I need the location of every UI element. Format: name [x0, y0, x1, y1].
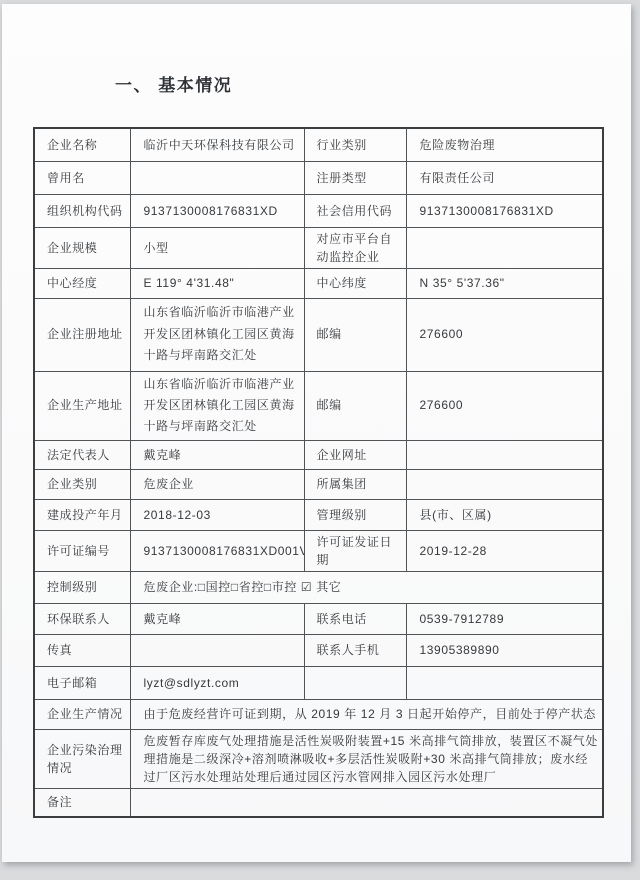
label-cell: 对应市平台自动监控企业 — [304, 227, 406, 268]
label-cell: 企业名称 — [34, 128, 130, 161]
value-cell: 戴克峰 — [130, 603, 304, 634]
value-cell: 13905389890 — [406, 634, 603, 666]
label-cell: 备注 — [34, 788, 130, 817]
table-row: 传真联系人手机13905389890 — [34, 634, 603, 666]
value-cell: lyzt@sdlyzt.com — [130, 666, 304, 699]
value-cell: 2019-12-28 — [406, 530, 603, 571]
table-row: 企业类别危废企业所属集团 — [34, 469, 603, 499]
label-cell: 曾用名 — [34, 161, 130, 194]
label-cell: 企业污染治理情况 — [34, 729, 130, 788]
value-cell: 危废企业:□国控□省控□市控 ☑ 其它 — [130, 571, 603, 603]
table-row: 企业生产情况由于危废经营许可证到期，从 2019 年 12 月 3 日起开始停产… — [34, 699, 603, 729]
label-cell: 企业类别 — [34, 469, 130, 499]
label-cell: 所属集团 — [304, 469, 406, 499]
value-cell: 0539-7912789 — [406, 603, 603, 634]
label-cell: 行业类别 — [304, 128, 406, 161]
label-cell: 企业注册地址 — [34, 298, 130, 371]
value-cell: 9137130008176831XD001V — [130, 530, 304, 571]
label-cell: 法定代表人 — [34, 440, 130, 469]
table-row: 备注 — [34, 788, 603, 817]
value-cell: 危废企业 — [130, 469, 304, 499]
value-cell: N 35° 5'37.36" — [406, 268, 603, 298]
value-cell: 9137130008176831XD — [130, 194, 304, 227]
value-cell: 山东省临沂临沂市临港产业开发区团林镇化工园区黄海十路与坪南路交汇处 — [130, 371, 304, 440]
value-cell: 276600 — [406, 371, 603, 440]
label-cell: 许可证发证日期 — [304, 530, 406, 571]
label-cell: 中心经度 — [34, 268, 130, 298]
label-cell: 控制级别 — [34, 571, 130, 603]
label-cell: 企业规模 — [34, 227, 130, 268]
label-cell: 企业生产情况 — [34, 699, 130, 729]
label-cell: 邮编 — [304, 298, 406, 371]
value-cell: 县(市、区属) — [406, 499, 603, 530]
value-cell: 9137130008176831XD — [406, 194, 603, 227]
value-cell — [406, 666, 603, 699]
label-cell: 建成投产年月 — [34, 499, 130, 530]
value-cell: 山东省临沂临沂市临港产业开发区团林镇化工园区黄海十路与坪南路交汇处 — [130, 298, 304, 371]
value-cell: 临沂中天环保科技有限公司 — [130, 128, 304, 161]
label-cell: 邮编 — [304, 371, 406, 440]
value-cell — [406, 227, 603, 268]
value-cell: E 119° 4'31.48" — [130, 268, 304, 298]
label-cell: 传真 — [34, 634, 130, 666]
document-page: 一、 基本情况 企业名称临沂中天环保科技有限公司行业类别危险废物治理曾用名注册类… — [2, 4, 631, 862]
value-cell: 戴克峰 — [130, 440, 304, 469]
value-cell: 危险废物治理 — [406, 128, 603, 161]
value-cell: 危废暂存库废气处理措施是活性炭吸附装置+15 米高排气筒排放，装置区不凝气处理措… — [130, 729, 603, 788]
label-cell: 企业生产地址 — [34, 371, 130, 440]
label-cell: 联系电话 — [304, 603, 406, 634]
label-cell: 环保联系人 — [34, 603, 130, 634]
value-cell: 276600 — [406, 298, 603, 371]
label-cell: 社会信用代码 — [304, 194, 406, 227]
basic-info-table: 企业名称临沂中天环保科技有限公司行业类别危险废物治理曾用名注册类型有限责任公司组… — [33, 127, 604, 818]
section-title: 一、 基本情况 — [115, 71, 232, 96]
table-row: 企业规模小型对应市平台自动监控企业 — [34, 227, 603, 268]
value-cell — [406, 469, 603, 499]
table-row: 法定代表人戴克峰企业网址 — [34, 440, 603, 469]
label-cell: 管理级别 — [304, 499, 406, 530]
value-cell — [406, 440, 603, 469]
table-row: 环保联系人戴克峰联系电话0539-7912789 — [34, 603, 603, 634]
table-row: 电子邮箱lyzt@sdlyzt.com — [34, 666, 603, 699]
basic-info-table-body: 企业名称临沂中天环保科技有限公司行业类别危险废物治理曾用名注册类型有限责任公司组… — [34, 128, 603, 817]
value-cell: 小型 — [130, 227, 304, 268]
table-row: 中心经度E 119° 4'31.48"中心纬度N 35° 5'37.36" — [34, 268, 603, 298]
label-cell: 组织机构代码 — [34, 194, 130, 227]
value-cell — [130, 634, 304, 666]
label-cell: 联系人手机 — [304, 634, 406, 666]
label-cell: 注册类型 — [304, 161, 406, 194]
label-cell: 中心纬度 — [304, 268, 406, 298]
table-row: 企业名称临沂中天环保科技有限公司行业类别危险废物治理 — [34, 128, 603, 161]
table-row: 建成投产年月2018-12-03管理级别县(市、区属) — [34, 499, 603, 530]
table-row: 企业生产地址山东省临沂临沂市临港产业开发区团林镇化工园区黄海十路与坪南路交汇处邮… — [34, 371, 603, 440]
table-row: 组织机构代码9137130008176831XD社会信用代码9137130008… — [34, 194, 603, 227]
table-row: 许可证编号9137130008176831XD001V许可证发证日期2019-1… — [34, 530, 603, 571]
label-cell: 许可证编号 — [34, 530, 130, 571]
value-cell — [130, 788, 603, 817]
table-row: 控制级别危废企业:□国控□省控□市控 ☑ 其它 — [34, 571, 603, 603]
value-cell: 由于危废经营许可证到期，从 2019 年 12 月 3 日起开始停产，目前处于停… — [130, 699, 603, 729]
label-cell: 企业网址 — [304, 440, 406, 469]
table-row: 曾用名注册类型有限责任公司 — [34, 161, 603, 194]
value-cell — [130, 161, 304, 194]
table-row: 企业注册地址山东省临沂临沂市临港产业开发区团林镇化工园区黄海十路与坪南路交汇处邮… — [34, 298, 603, 371]
table-row: 企业污染治理情况危废暂存库废气处理措施是活性炭吸附装置+15 米高排气筒排放，装… — [34, 729, 603, 788]
label-cell: 电子邮箱 — [34, 666, 130, 699]
value-cell: 有限责任公司 — [406, 161, 603, 194]
value-cell: 2018-12-03 — [130, 499, 304, 530]
label-cell — [304, 666, 406, 699]
